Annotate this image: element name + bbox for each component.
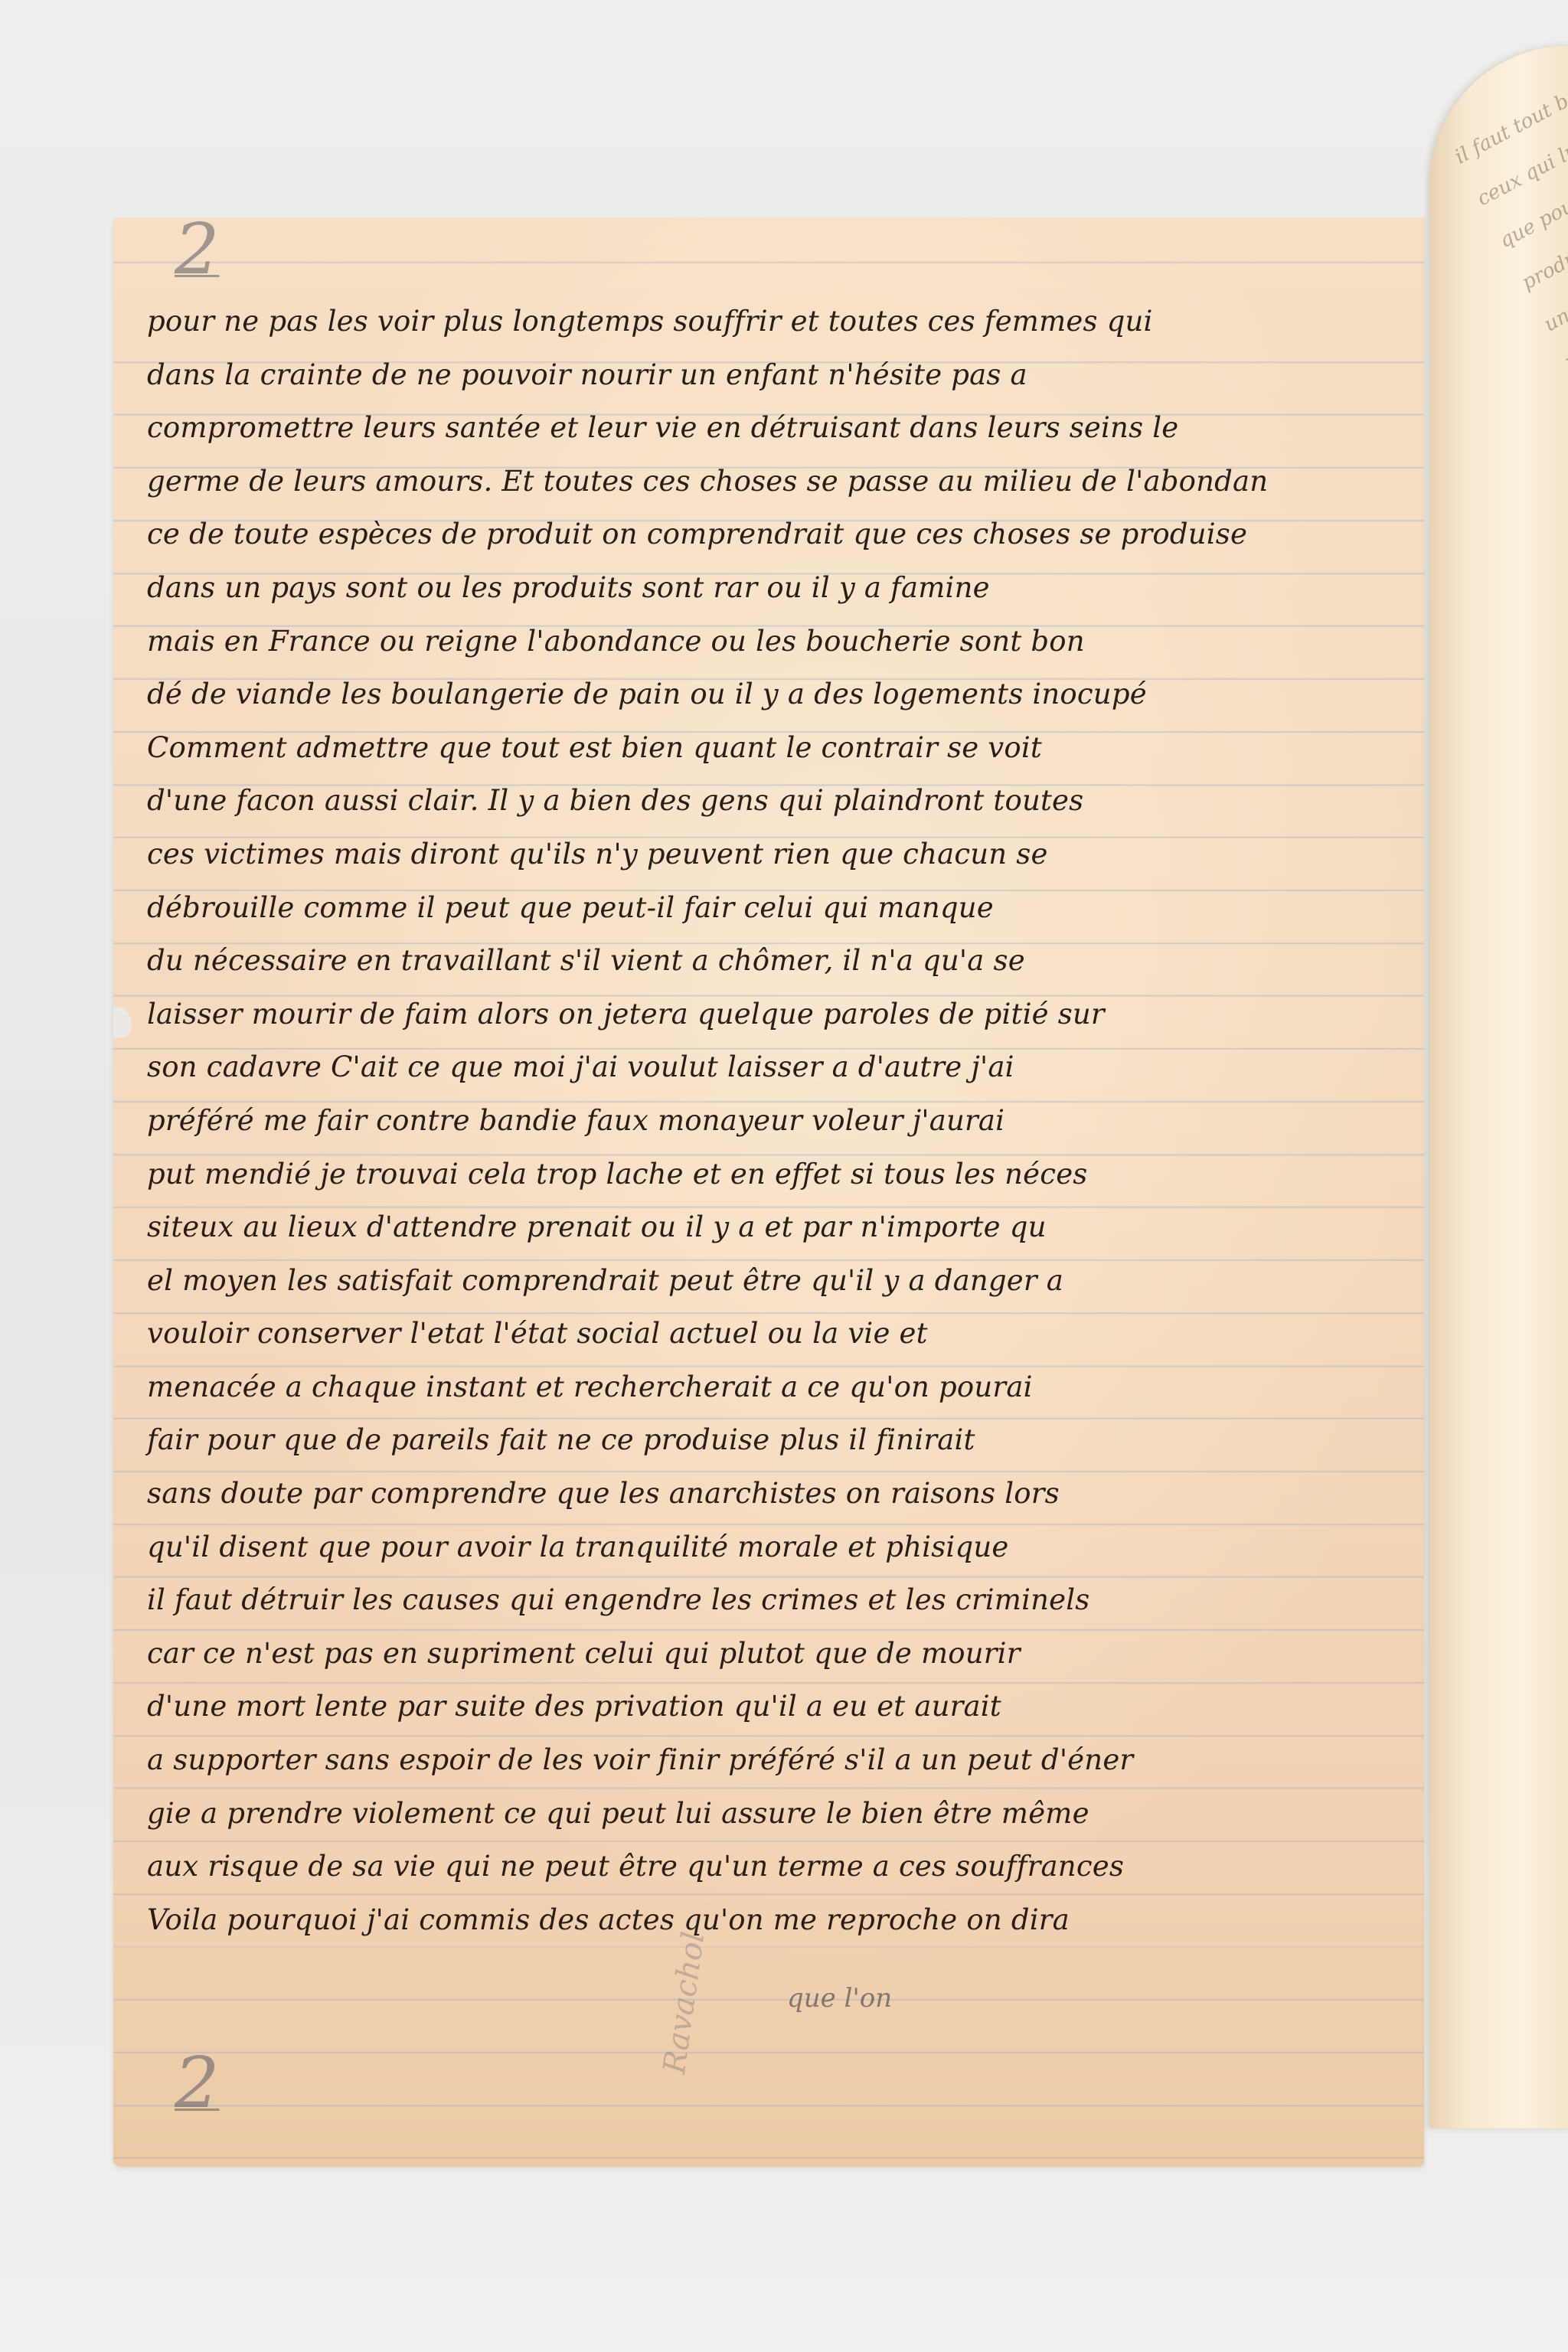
manuscript-text: pour ne pas les voir plus longtemps souf… <box>147 295 1403 1946</box>
manuscript-line: sans doute par comprendre que les anarch… <box>147 1467 1403 1521</box>
manuscript-line: ces victimes mais diront qu'ils n'y peuv… <box>147 828 1403 881</box>
manuscript-line: il faut détruir les causes qui engendre … <box>147 1573 1403 1627</box>
manuscript-line: a supporter sans espoir de les voir fini… <box>147 1733 1403 1787</box>
manuscript-line: pour ne pas les voir plus longtemps souf… <box>147 295 1403 348</box>
manuscript-line: put mendié je trouvai cela trop lache et… <box>147 1148 1403 1201</box>
folio-number-top: 2 <box>175 218 220 285</box>
manuscript-line: menacée a chaque instant et rechercherai… <box>147 1361 1403 1414</box>
manuscript-line: fair pour que de pareils fait ne ce prod… <box>147 1413 1403 1467</box>
manuscript-line: ce de toute espèces de produit on compre… <box>147 508 1403 561</box>
manuscript-line: Voila pourquoi j'ai commis des actes qu'… <box>147 1893 1403 1947</box>
paper-tear <box>113 1007 132 1037</box>
manuscript-line: d'une mort lente par suite des privation… <box>147 1680 1403 1733</box>
manuscript-line: son cadavre C'ait ce que moi j'ai voulut… <box>147 1040 1403 1094</box>
manuscript-line: vouloir conserver l'etat l'état social a… <box>147 1307 1403 1361</box>
manuscript-line: qu'il disent que pour avoir la tranquili… <box>147 1521 1403 1574</box>
manuscript-line: mais en France ou reigne l'abondance ou … <box>147 615 1403 668</box>
manuscript-line: Comment admettre que tout est bien quant… <box>147 721 1403 775</box>
manuscript-line: gie a prendre violement ce qui peut lui … <box>147 1787 1403 1841</box>
manuscript-line: dé de viande les boulangerie de pain ou … <box>147 668 1403 721</box>
pencil-annotation: que l'on <box>787 1983 892 2014</box>
manuscript-line: dans un pays sont ou les produits sont r… <box>147 561 1403 615</box>
faded-facing-page-text: il faut tout barbare pour avoir ceux qui… <box>1445 46 1568 976</box>
manuscript-line: germe de leurs amours. Et toutes ces cho… <box>147 455 1403 508</box>
faint-pencil-signature: Ravachol <box>657 1929 711 2076</box>
manuscript-page-right-curled: il faut tout barbare pour avoir ceux qui… <box>1430 46 1568 2128</box>
manuscript-line: car ce n'est pas en supriment celui qui … <box>147 1627 1403 1681</box>
manuscript-line: préféré me fair contre bandie faux monay… <box>147 1094 1403 1148</box>
manuscript-line: du nécessaire en travaillant s'il vient … <box>147 934 1403 988</box>
manuscript-line: débrouille comme il peut que peut-il fai… <box>147 881 1403 935</box>
manuscript-line: el moyen les satisfait comprendrait peut… <box>147 1254 1403 1308</box>
manuscript-line: aux risque de sa vie qui ne peut être qu… <box>147 1840 1403 1893</box>
manuscript-line: d'une facon aussi clair. Il y a bien des… <box>147 774 1403 828</box>
folio-number-bottom: 2 <box>175 2048 220 2118</box>
manuscript-line: compromettre leurs santée et leur vie en… <box>147 401 1403 455</box>
manuscript-line: siteux au lieux d'attendre prenait ou il… <box>147 1200 1403 1254</box>
manuscript-page-left: 2 pour ne pas les voir plus longtemps so… <box>113 218 1424 2167</box>
manuscript-line: laisser mourir de faim alors on jetera q… <box>147 988 1403 1041</box>
manuscript-line: dans la crainte de ne pouvoir nourir un … <box>147 348 1403 402</box>
